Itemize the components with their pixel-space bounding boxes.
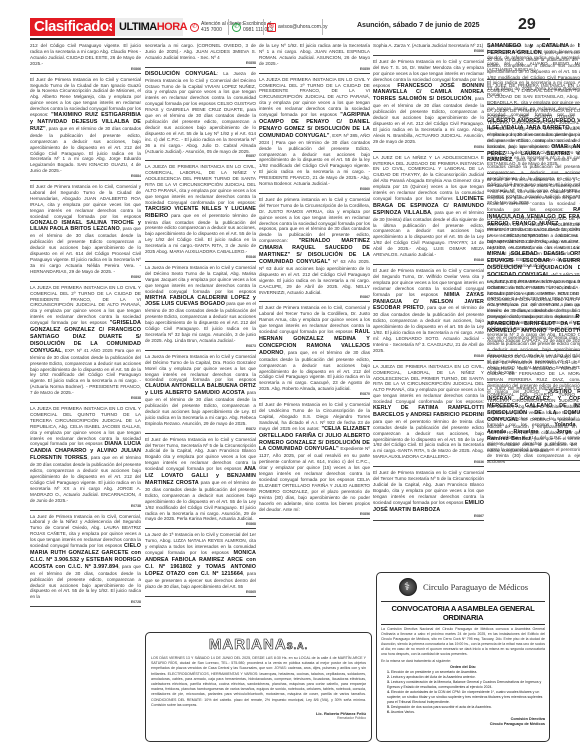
notice: El Juez de Primera Instancia en lo Civil… xyxy=(373,267,484,361)
column-4: Sophia A. Zarza Y. (Actuaria Judicial Se… xyxy=(373,42,484,562)
notice-names: DISOLUCIÓN CONYUGAL xyxy=(145,71,217,77)
notice-names: CLAUDIA ANTONELLA BALBUENA ORTIZ y LUIS … xyxy=(145,383,256,396)
section-title: Clasificados xyxy=(30,18,120,36)
notice: La Jueza de Primera Instancia en lo Civi… xyxy=(145,353,256,434)
notice: La Juez de Primera Instancia en lo Civil… xyxy=(30,513,141,608)
notice-code: E0892 xyxy=(30,275,141,279)
logo-ultima: ULTIMA xyxy=(119,21,157,33)
notice-code: E0856 xyxy=(259,512,370,516)
circulo-agenda-title: Orden del Día: xyxy=(381,665,545,669)
notice: LA JUEZA DE PRIMERA INSTANCIA EN LO CIVI… xyxy=(259,76,370,194)
notice: LA JUEZA DE PRIMERA INSTANCIA EN LO CIVI… xyxy=(487,278,580,384)
notice: LA JUEZA DE PRIMERA INSTANCIA EN LO CIVI… xyxy=(30,405,141,511)
contact-divider xyxy=(322,19,323,35)
circulo-intro: La Comisión Directiva Nacional del Circu… xyxy=(381,627,545,657)
notice-code: E0865 xyxy=(145,590,256,594)
page-number: 29 xyxy=(518,16,536,34)
contact-email-value: avisos@uhora.com.py xyxy=(278,24,328,30)
notice: Sophia A. Zarza Y. (Actuaria Judicial Se… xyxy=(373,42,484,56)
notice-code: E0798 xyxy=(487,269,580,273)
notice-code: E0840 xyxy=(373,354,484,358)
mariana-ad-body: LOS DÍAS VIERNES 13 Y SÁBADO 14 DE JUNIO… xyxy=(151,656,366,708)
notice-code: E0867 xyxy=(259,295,370,299)
contact-phone-value: 415 7000 xyxy=(201,27,222,33)
notice: El Juez de Primera Instancia en lo Civil… xyxy=(373,58,484,152)
notice-code: E0838 xyxy=(30,396,141,400)
notice: El Juez de Primera Instancia en lo Civil… xyxy=(259,401,370,519)
column-3: de la Ley Nº 1/92. El juicio radica ante… xyxy=(259,42,370,632)
notice: La Jueza de Primera Instancia en lo Civi… xyxy=(145,264,256,351)
notice: LA JUEZA DE PRIMERA INSTANCIA EN LO CIVI… xyxy=(145,163,256,262)
notice-code: E0872 xyxy=(145,427,256,431)
notice-code: E0867 xyxy=(373,514,484,518)
notice-code: E0866 xyxy=(373,49,484,53)
mail-icon: ✉ xyxy=(267,23,276,32)
notice: DISOLUCIÓN CONYUGAL: La Jueza de Primera… xyxy=(145,70,256,162)
column-6: que les asisten bajo apercibimiento de n… xyxy=(487,42,580,562)
notice: El Juez de Primera Instancia en lo Civil… xyxy=(373,469,484,520)
notice: 212 del Código Civil Paraguayo vigente. … xyxy=(30,42,141,74)
notice-code: E0858 xyxy=(145,61,256,65)
notice: La Juez de 1ª Instancia en lo Civil y Co… xyxy=(145,531,256,596)
notice-names: KERLY DE FATIMA RAMPELOTTI BARCELOS y AN… xyxy=(373,405,484,418)
notice-code: E0873 xyxy=(145,344,256,348)
notice-code: E0813 xyxy=(487,454,580,458)
header-rule xyxy=(30,38,550,40)
notice-names: GILBERTO ANDRES FIGUEREDO VERA E ILSE VI… xyxy=(487,118,580,131)
dateline: Asunción, sábado 7 de junio de 2025 xyxy=(357,22,480,29)
notice-code: E0854 xyxy=(373,145,484,149)
circulo-intro2: En la misma se dará tratamiento al sigui… xyxy=(381,659,545,664)
circulo-medicos-ad: Circulo Paraguayo de Médicos CONVOCATORI… xyxy=(376,572,550,742)
agenda-item: 6. Asuntos Varios. xyxy=(387,710,545,715)
notice-code: E0868 xyxy=(145,522,256,526)
notice-code: E0820 xyxy=(487,73,580,77)
mariana-signature-role: Rematador Público xyxy=(151,716,366,720)
notice-code: E0866 xyxy=(30,67,141,71)
notice: El Juez de Primera Instancia en lo Civil… xyxy=(487,176,580,276)
circulo-title: CONVOCATORIA A ASAMBLEA GENERAL ORDINARI… xyxy=(381,601,545,625)
notice: EL JUEZ DE PRIMERA INSTANCIA EN LO CIVIL… xyxy=(487,82,580,175)
circulo-signature: Comisión DirectivaCirculo Paraguayo de M… xyxy=(381,717,545,727)
newspaper-logo: ULTIMAHORA xyxy=(115,18,183,36)
column-1: 212 del Código Civil Paraguayo vigente. … xyxy=(30,42,141,742)
mariana-logo: MARIANAS.A. xyxy=(151,636,366,653)
notice: LA JUEZ DE PRIMERA INSTANCIA EN LO CIVIL… xyxy=(487,385,580,461)
notice-code: E0870 xyxy=(259,392,370,396)
notice-code: E0728 xyxy=(30,600,141,604)
notice-code: E0846 xyxy=(145,255,256,259)
notice: LA JUEZA DE PRIMERA INSTANCIA EN LO CIVI… xyxy=(373,363,484,468)
mariana-auction-ad: MARIANAS.A. LOS DÍAS VIERNES 13 Y SÁBADO… xyxy=(145,632,372,742)
notice: El Juez de Primera Instancia en lo Civil… xyxy=(259,304,370,399)
notice: El Juez de Primera Instancia en lo Civil… xyxy=(30,76,141,182)
notice: de la Ley Nº 1/92. El juicio radica ante… xyxy=(259,42,370,74)
notice-code: E0830 xyxy=(487,167,580,171)
notice-code: E0884 xyxy=(30,174,141,178)
circulo-org-name: Circulo Paraguayo de Médicos xyxy=(423,582,528,592)
agenda-item: 4. Elección de autoridades de la CDN del… xyxy=(387,690,545,705)
notice-code: E0859 xyxy=(259,67,370,71)
notice-code: E0744 xyxy=(487,376,580,380)
notice: secretaría a mi cargo. (CORONEL OVIEDO, … xyxy=(145,42,256,68)
notice-code: E0860 xyxy=(259,187,370,191)
notice: El Juez de primera instancia en lo Civil… xyxy=(259,196,370,303)
notice-names: FRANCESCO JOSÉ BONNIN MANAVELLA C/ CAMIL… xyxy=(373,83,484,103)
logo-hora: HORA xyxy=(157,21,187,33)
whatsapp-icon: ✆ xyxy=(232,23,241,32)
notice-code: E0857 xyxy=(145,154,256,158)
page-header: Clasificados ULTIMAHORA ✆ Atención al cl… xyxy=(0,0,580,40)
contact-email: ✉ avisos@uhora.com.py xyxy=(263,19,328,35)
circulo-header: Circulo Paraguayo de Médicos xyxy=(381,576,545,598)
notice-code: E0836 xyxy=(373,460,484,464)
notice: LA JUEZ DE LA NIÑEZ Y LA ADOLESCENCIA E … xyxy=(373,154,484,265)
medical-emblem-icon xyxy=(399,578,417,596)
notice: LA JUEZA DE PRIMERA INSTANCIA EN LO CIVI… xyxy=(30,284,141,403)
notice: que les asisten bajo apercibimiento de n… xyxy=(487,42,580,80)
agenda-item: 3. Lectura y consideración de la Memoria… xyxy=(387,680,545,690)
notice: El Juez de Primera Instancia en lo Civil… xyxy=(145,436,256,530)
phone-icon: ✆ xyxy=(190,23,199,32)
notice: El Juez de Primera Instancia en lo Civil… xyxy=(30,183,141,282)
circulo-agenda-list: 1. Elección de un presidente y un secret… xyxy=(381,670,545,715)
notice-code: E0848 xyxy=(373,258,484,262)
notice-code: E0738 xyxy=(30,504,141,508)
